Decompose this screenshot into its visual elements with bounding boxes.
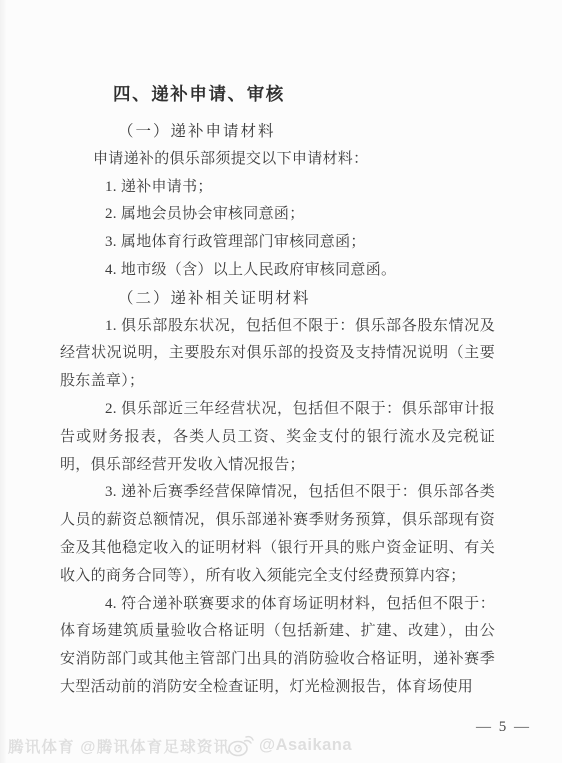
body-paragraph: 2. 俱乐部近三年经营状况，包括但不限于：俱乐部审计报告或财务报表，各类人员工资…	[60, 396, 495, 479]
subsection-2-title: （二）递补相关证明材料	[60, 285, 495, 313]
subsection-1-title: （一）递补申请材料	[60, 118, 495, 146]
page-number: — 5 —	[476, 716, 531, 738]
list-item: 2. 属地会员协会审核同意函；	[60, 201, 495, 229]
list-item: 3. 属地体育行政管理部门审核同意函；	[60, 229, 495, 257]
list-item: 1. 递补申请书；	[60, 174, 495, 202]
intro-paragraph: 申请递补的俱乐部须提交以下申请材料：	[60, 146, 495, 174]
watermark-handle: @Asaikana	[259, 736, 352, 755]
scanned-document-page: 四、递补申请、审核 （一）递补申请材料 申请递补的俱乐部须提交以下申请材料： 1…	[0, 0, 562, 763]
section-heading: 四、递补申请、审核	[60, 84, 495, 104]
body-paragraph: 1. 俱乐部股东状况，包括但不限于：俱乐部各股东情况及经营状况说明，主要股东对俱…	[60, 313, 495, 396]
watermark-center: @Asaikana	[228, 733, 352, 757]
list-item: 4. 地市级（含）以上人民政府审核同意函。	[60, 257, 495, 285]
body-paragraph: 4. 符合递补联赛要求的体育场证明材料，包括但不限于：体育场建筑质量验收合格证明…	[60, 591, 495, 702]
weibo-icon	[228, 733, 254, 757]
document-content: 四、递补申请、审核 （一）递补申请材料 申请递补的俱乐部须提交以下申请材料： 1…	[60, 84, 495, 702]
watermark-left: 腾讯体育 @腾讯体育足球资讯	[8, 735, 230, 757]
body-paragraph: 3. 递补后赛季经营保障情况，包括但不限于：俱乐部各类人员的薪资总额情况，俱乐部…	[60, 479, 495, 590]
